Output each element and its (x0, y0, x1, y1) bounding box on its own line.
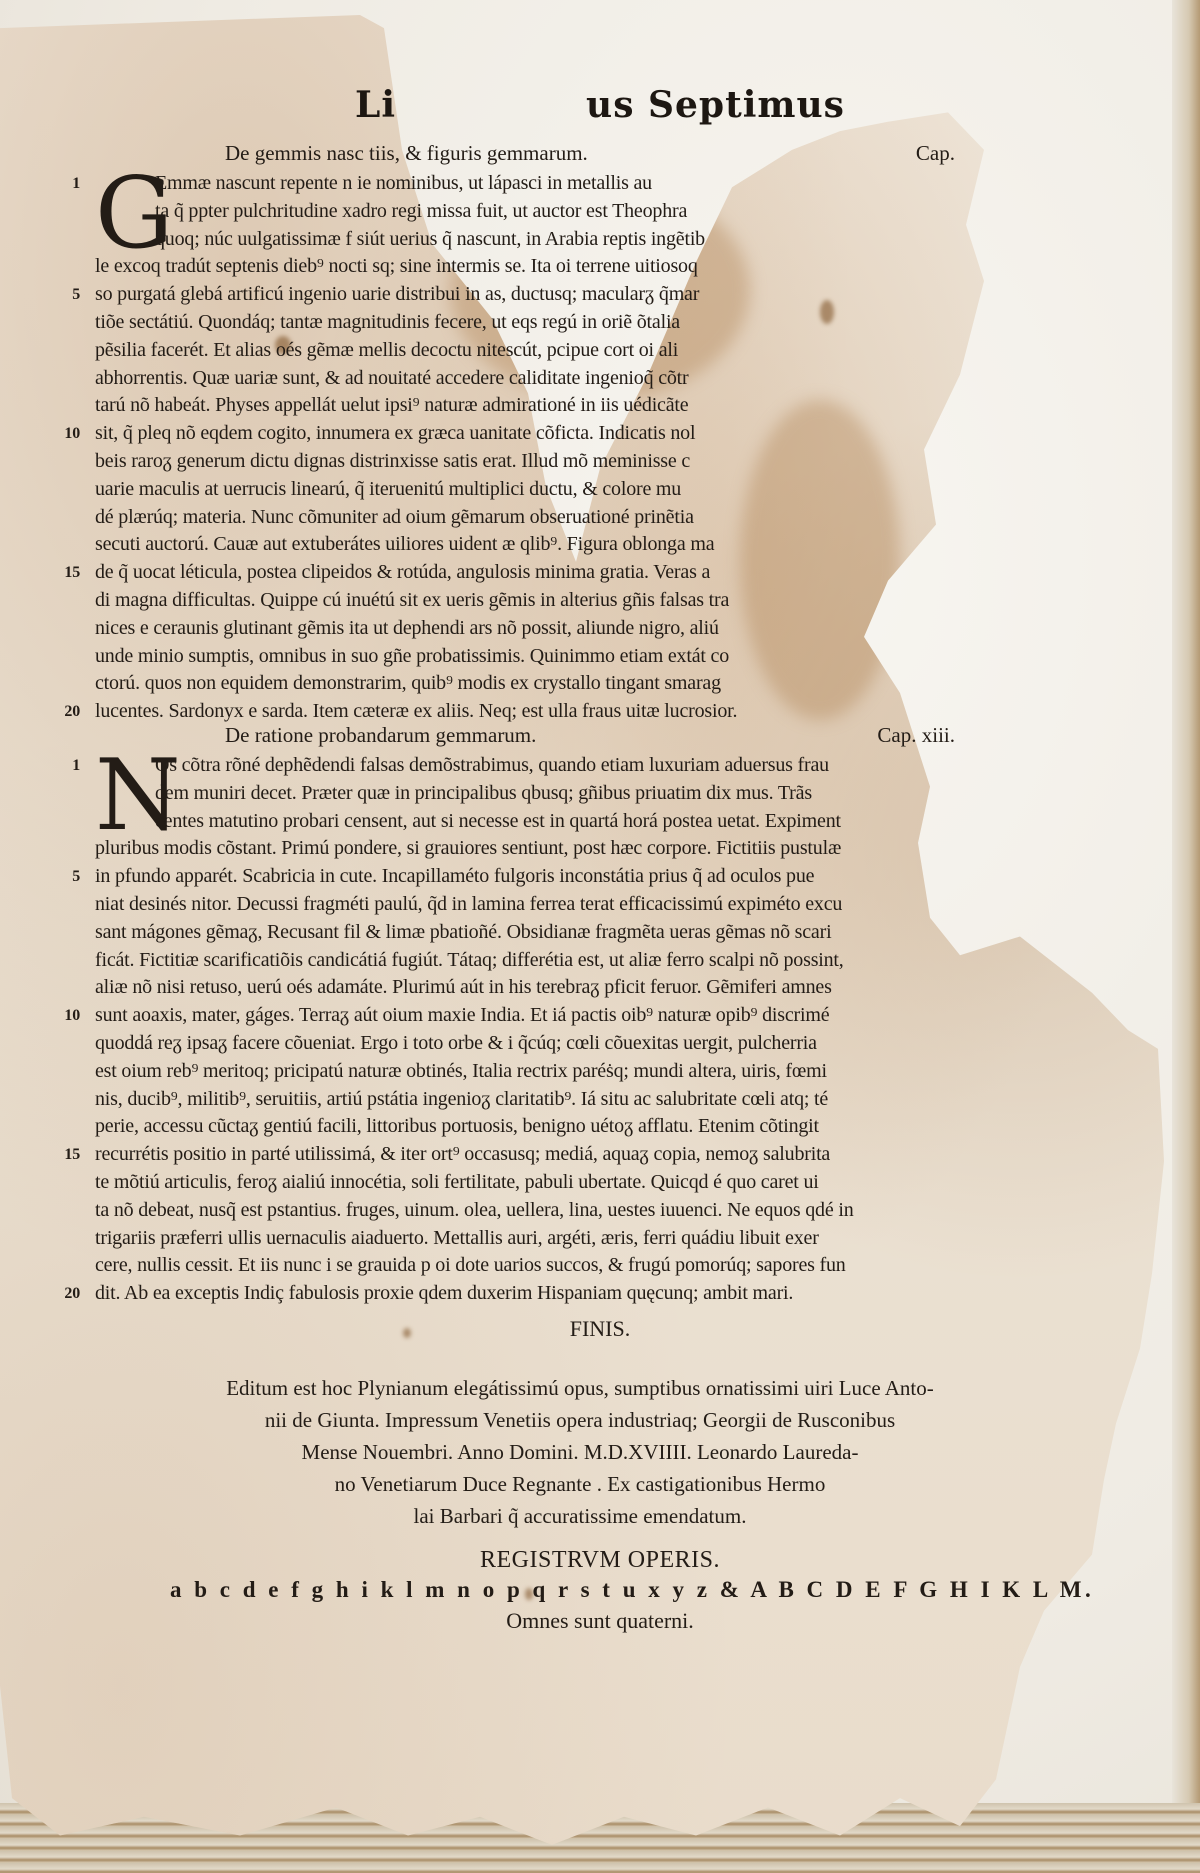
text-line: secuti auctorú. Cauæ aut extuberátes uil… (95, 531, 1095, 559)
text-line: te mõtiú articulis, feroᵹ aialiú innocét… (95, 1169, 1095, 1197)
text-line: 20dit. Ab ea exceptis Indiç fabulosis pr… (95, 1280, 1095, 1308)
text-line: le excoq tradút septenis dieb⁹ nocti sq;… (95, 253, 1095, 281)
line-number: 15 (50, 559, 80, 587)
text-line: nis, ducib⁹, militib⁹, seruitiis, artiú … (95, 1086, 1095, 1114)
text-line: niat desinés nitor. Decussi fragméti pau… (95, 891, 1095, 919)
text-line: ta q̃ ppter pulchritudine xadro regi mis… (95, 198, 1095, 226)
line-number: 15 (50, 1141, 80, 1169)
text-line: est oium reb⁹ meritoq; pricipatú naturæ … (95, 1058, 1095, 1086)
text-line: perie, accessu cũctaᵹ gentiú facili, lit… (95, 1113, 1095, 1141)
text-line: trigariis præferri ullis uernaculis aiad… (95, 1225, 1095, 1253)
chapter-body: G 1Emmæ nascunt repente n ie nominibus, … (95, 170, 1095, 726)
chapter-title: De gemmis nasc tiis, & figuris gemmarum. (225, 140, 588, 166)
text-line: tiõe sectátiú. Quondáq; tantæ magnitudin… (95, 309, 1095, 337)
text-line: dem muniri decet. Præter quæ in principa… (95, 780, 1095, 808)
line-number: 10 (50, 1002, 80, 1030)
line-number: 20 (50, 1280, 80, 1308)
colophon-line: Editum est hoc Plynianum elegátissimú op… (130, 1372, 1030, 1404)
registrum-title: REGISTRVM OPERIS. (0, 1547, 1200, 1574)
text-line: beis raroᵹ generum dictu dignas distrinx… (95, 448, 1095, 476)
line-number: 1 (50, 752, 80, 780)
text-line: nices e ceraunis glutinant gẽmis ita ut … (95, 615, 1095, 643)
text-line: ctorú. quos non equidem demonstrarim, qu… (95, 670, 1095, 698)
text-line: quoddá reᵹ ipsaᵹ facere cõueniat. Ergo i… (95, 1030, 1095, 1058)
text-line: quoq; núc uulgatissimæ f siút uerius q̃ … (95, 226, 1095, 254)
chapter-number: Cap. xiii. (877, 722, 955, 748)
colophon-line: Mense Nouembri. Anno Domini. M.D.XVIIII.… (130, 1436, 1030, 1468)
chapter-body: N 1Os cõtra rõné dephẽdendi falsas demõs… (95, 752, 1095, 1308)
line-number: 10 (50, 420, 80, 448)
colophon-line: no Venetiarum Duce Regnante . Ex castiga… (130, 1468, 1030, 1500)
colophon: Editum est hoc Plynianum elegátissimú op… (130, 1372, 1030, 1532)
text-line: 15recurrétis positio in parté utilissimá… (95, 1141, 1095, 1169)
finis: FINIS. (0, 1316, 1200, 1342)
text-line: ta nõ debeat, nusq̃ est pstantius. fruge… (95, 1197, 1095, 1225)
chapter-number: Cap. (916, 140, 955, 166)
text-line: pẽsilia facerét. Et alias oés gẽmæ melli… (95, 337, 1095, 365)
running-head-right: us Septimus (586, 84, 845, 126)
line-number: 5 (50, 863, 80, 891)
text-line: 15de q̃ uocat léticula, postea clipeidos… (95, 559, 1095, 587)
page-text: Lius Septimus De gemmis nasc tiis, & fig… (0, 0, 1200, 1873)
text-line: ficát. Fictitiæ scarificatiõis candicáti… (95, 947, 1095, 975)
text-line: aliæ nõ nisi retuso, uerú oés adamáte. P… (95, 974, 1095, 1002)
running-head: Lius Septimus (300, 84, 900, 126)
text-line: 5so purgatá glebá artificú ingenio uarie… (95, 281, 1095, 309)
text-line: uarie maculis at uerrucis linearú, q̃ it… (95, 476, 1095, 504)
text-line: 5in pfundo apparét. Scabricia in cute. I… (95, 863, 1095, 891)
text-line: 1Os cõtra rõné dephẽdendi falsas demõstr… (95, 752, 1095, 780)
text-line: cere, nullis cessit. Et iis nunc i se gr… (95, 1252, 1095, 1280)
registrum-note: Omnes sunt quaterni. (0, 1608, 1200, 1634)
colophon-line: lai Barbari q̃ accuratissime emendatum. (130, 1500, 1030, 1532)
registrum-signatures: a b c d e f g h i k l m n o p q r s t u … (170, 1577, 1040, 1603)
text-line: pluribus modis cõstant. Primú pondere, s… (95, 835, 1095, 863)
text-line: 1Emmæ nascunt repente n ie nominibus, ut… (95, 170, 1095, 198)
line-number: 1 (50, 170, 80, 198)
text-line: dé plærúq; materia. Nunc cõmuniter ad oi… (95, 504, 1095, 532)
text-line: 10sit, q̃ pleq nõ eqdem cogito, innumera… (95, 420, 1095, 448)
colophon-line: nii de Giunta. Impressum Venetiis opera … (130, 1404, 1030, 1436)
line-number: 5 (50, 281, 80, 309)
text-line: 10sunt aoaxis, mater, gáges. Terraᵹ aút … (95, 1002, 1095, 1030)
text-line: sant mágones gẽmaᵹ, Recusant fil & limæ … (95, 919, 1095, 947)
text-line: unde minio sumptis, omnibus in suo gñe p… (95, 643, 1095, 671)
chapter-title: De ratione probandarum gemmarum. (225, 722, 536, 748)
text-line: centes matutino probari censent, aut si … (95, 808, 1095, 836)
text-line: di magna difficultas. Quippe cú inuétú s… (95, 587, 1095, 615)
line-number: 20 (50, 698, 80, 726)
text-line: tarú nõ habeát. Physes appellát uelut ip… (95, 392, 1095, 420)
text-line: abhorrentis. Quæ uariæ sunt, & ad nouita… (95, 365, 1095, 393)
running-head-left: Li (355, 84, 396, 126)
